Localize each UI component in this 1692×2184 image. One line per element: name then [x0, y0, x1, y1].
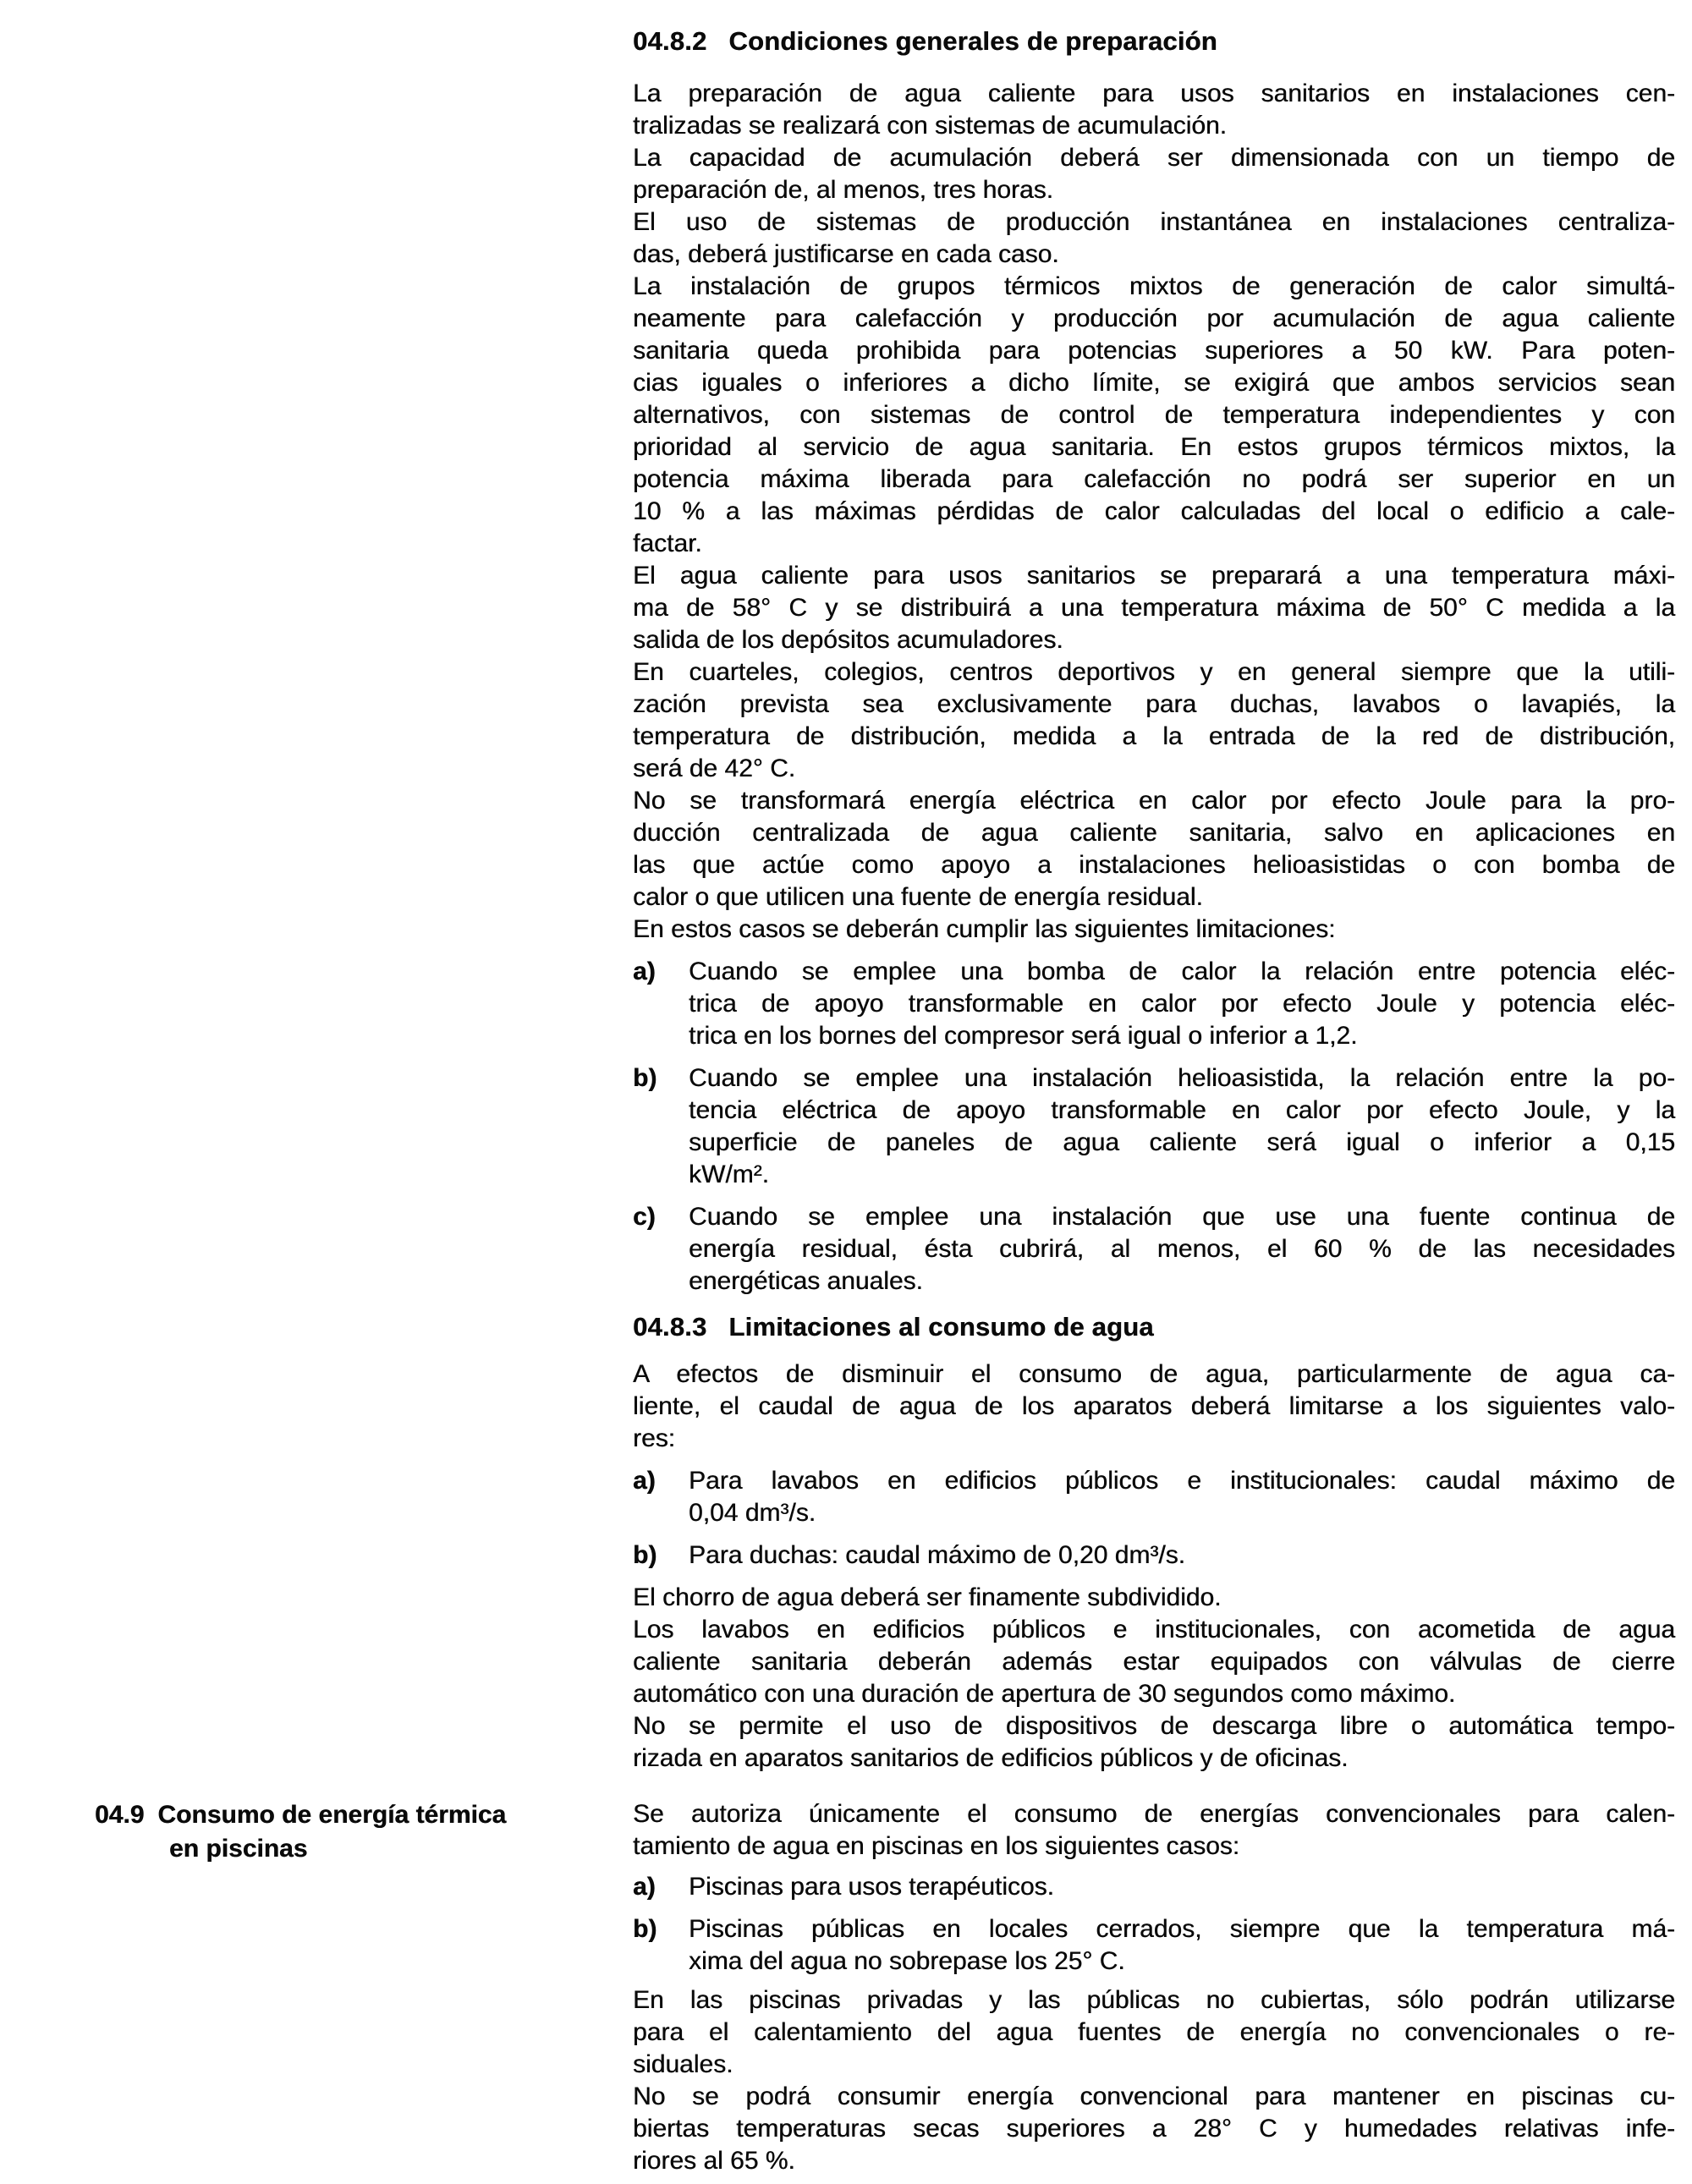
- text-line: será de 42° C.: [633, 753, 1675, 785]
- list-item-a: a) Piscinas para usos terapéuticos.: [633, 1871, 1675, 1903]
- list-item-text: Para duchas: caudal máximo de 0,20 dm³/s…: [689, 1539, 1675, 1572]
- text-line: En estos casos se deberán cumplir las si…: [633, 914, 1675, 946]
- text-line: No se transformará energía eléctrica en …: [633, 785, 1675, 817]
- list-item-b: b) Piscinas públicas en locales cerrados…: [633, 1913, 1675, 1978]
- paragraph: El uso de sistemas de producción instant…: [633, 206, 1675, 271]
- list-item-a: a) Para lavabos en edificios públicos e …: [633, 1465, 1675, 1529]
- text-line: Cuando se emplee una instalación helioas…: [689, 1062, 1675, 1095]
- text-line: automático con una duración de apertura …: [633, 1678, 1675, 1710]
- text-line: En cuarteles, colegios, centros deportiv…: [633, 656, 1675, 689]
- text-line: superficie de paneles de agua caliente s…: [689, 1127, 1675, 1159]
- text-line: potencia máxima liberada para calefacció…: [633, 464, 1675, 496]
- paragraph: En las piscinas privadas y las públicas …: [633, 1984, 1675, 2081]
- text-line: Piscinas para usos terapéuticos.: [689, 1871, 1675, 1903]
- section-title: Condiciones generales de preparación: [728, 26, 1217, 56]
- list-item-text: Para lavabos en edificios públicos e ins…: [689, 1465, 1675, 1529]
- section-heading-0482: 04.8.2Condiciones generales de preparaci…: [633, 25, 1675, 58]
- text-line: das, deberá justificarse en cada caso.: [633, 239, 1675, 271]
- section-title-line2: en piscinas: [169, 1832, 633, 1866]
- body-text-0483-intro: A efectos de disminuir el consumo de agu…: [633, 1358, 1675, 1455]
- list-item-b: b) Para duchas: caudal máximo de 0,20 dm…: [633, 1539, 1675, 1572]
- body-text-0483-rules: El chorro de agua deberá ser finamente s…: [633, 1582, 1675, 1775]
- list-marker: b): [633, 1539, 689, 1572]
- section-number: 04.9: [95, 1801, 144, 1829]
- text-line: No se podrá consumir energía convenciona…: [633, 2081, 1675, 2113]
- list-marker: a): [633, 1871, 689, 1903]
- paragraph: Se autoriza únicamente el consumo de ene…: [633, 1798, 1675, 1863]
- lettered-list-0482: a) Cuando se emplee una bomba de calor l…: [633, 956, 1675, 1298]
- section-049: 04.9Consumo de energía térmica en piscin…: [0, 1798, 1692, 2177]
- list-marker: a): [633, 956, 689, 1052]
- section-heading-0483: 04.8.3Limitaciones al consumo de agua: [633, 1311, 1675, 1343]
- list-marker: c): [633, 1201, 689, 1298]
- text-line: tralizadas se realizará con sistemas de …: [633, 110, 1675, 142]
- text-line: para el calentamiento del agua fuentes d…: [633, 2017, 1675, 2049]
- lettered-list-0483: a) Para lavabos en edificios públicos e …: [633, 1465, 1675, 1572]
- text-line: Los lavabos en edificios públicos e inst…: [633, 1614, 1675, 1646]
- paragraph: El agua caliente para usos sanitarios se…: [633, 560, 1675, 656]
- text-line: energía residual, ésta cubrirá, al menos…: [689, 1233, 1675, 1265]
- text-line: Para lavabos en edificios públicos e ins…: [689, 1465, 1675, 1497]
- text-line: factar.: [633, 528, 1675, 560]
- list-marker: b): [633, 1062, 689, 1191]
- section-title-line1: Consumo de energía térmica: [157, 1801, 506, 1829]
- text-line: tencia eléctrica de apoyo transformable …: [689, 1095, 1675, 1127]
- section-number: 04.8.2: [633, 26, 706, 56]
- paragraph: La capacidad de acumulación deberá ser d…: [633, 142, 1675, 206]
- text-line: ducción centralizada de agua caliente sa…: [633, 817, 1675, 849]
- text-line: sanitaria queda prohibida para potencias…: [633, 335, 1675, 367]
- body-text-049-intro: Se autoriza únicamente el consumo de ene…: [633, 1798, 1675, 1863]
- paragraph: En cuarteles, colegios, centros deportiv…: [633, 656, 1675, 785]
- list-item-a: a) Cuando se emplee una bomba de calor l…: [633, 956, 1675, 1052]
- text-line: La capacidad de acumulación deberá ser d…: [633, 142, 1675, 174]
- text-line: Cuando se emplee una instalación que use…: [689, 1201, 1675, 1233]
- list-item-text: Piscinas para usos terapéuticos.: [689, 1871, 1675, 1903]
- text-line: La preparación de agua caliente para uso…: [633, 78, 1675, 110]
- list-item-c: c) Cuando se emplee una instalación que …: [633, 1201, 1675, 1298]
- text-line: calor o que utilicen una fuente de energ…: [633, 881, 1675, 914]
- section-number: 04.8.3: [633, 1312, 706, 1342]
- text-line: kW/m².: [689, 1159, 1675, 1191]
- list-marker: b): [633, 1913, 689, 1978]
- text-line: rizada en aparatos sanitarios de edifici…: [633, 1742, 1675, 1775]
- text-line: temperatura de distribución, medida a la…: [633, 721, 1675, 753]
- text-line: Se autoriza únicamente el consumo de ene…: [633, 1798, 1675, 1830]
- paragraph: La preparación de agua caliente para uso…: [633, 78, 1675, 142]
- paragraph: Los lavabos en edificios públicos e inst…: [633, 1614, 1675, 1710]
- body-text-0482: La preparación de agua caliente para uso…: [633, 78, 1675, 946]
- paragraph: No se permite el uso de dispositivos de …: [633, 1710, 1675, 1775]
- text-line: zación prevista sea exclusivamente para …: [633, 689, 1675, 721]
- text-line: Para duchas: caudal máximo de 0,20 dm³/s…: [689, 1539, 1675, 1572]
- text-line: 10 % a las máximas pérdidas de calor cal…: [633, 496, 1675, 528]
- text-line: tamiento de agua en piscinas en los sigu…: [633, 1830, 1675, 1863]
- text-line: No se permite el uso de dispositivos de …: [633, 1710, 1675, 1742]
- text-line: biertas temperaturas secas superiores a …: [633, 2113, 1675, 2145]
- lettered-list-049: a) Piscinas para usos terapéuticos. b) P…: [633, 1871, 1675, 1978]
- margin-heading-column: 04.9Consumo de energía térmica en piscin…: [0, 1798, 633, 2177]
- text-line: A efectos de disminuir el consumo de agu…: [633, 1358, 1675, 1391]
- text-line: cias iguales o inferiores a dicho límite…: [633, 367, 1675, 399]
- text-line: alternativos, con sistemas de control de…: [633, 399, 1675, 431]
- text-line: Piscinas públicas en locales cerrados, s…: [689, 1913, 1675, 1945]
- text-line: En las piscinas privadas y las públicas …: [633, 1984, 1675, 2017]
- paragraph: La instalación de grupos térmicos mixtos…: [633, 271, 1675, 560]
- paragraph: El chorro de agua deberá ser finamente s…: [633, 1582, 1675, 1614]
- paragraph: No se podrá consumir energía convenciona…: [633, 2081, 1675, 2177]
- section-title: Limitaciones al consumo de agua: [728, 1312, 1153, 1342]
- list-item-b: b) Cuando se emplee una instalación heli…: [633, 1062, 1675, 1191]
- list-item-text: Cuando se emplee una instalación helioas…: [689, 1062, 1675, 1191]
- text-line: xima del agua no sobrepase los 25° C.: [689, 1945, 1675, 1978]
- text-line: preparación de, al menos, tres horas.: [633, 174, 1675, 206]
- text-line: trica en los bornes del compresor será i…: [689, 1020, 1675, 1052]
- text-line: 0,04 dm³/s.: [689, 1497, 1675, 1529]
- list-item-text: Cuando se emplee una instalación que use…: [689, 1201, 1675, 1298]
- text-line: El chorro de agua deberá ser finamente s…: [633, 1582, 1675, 1614]
- text-line: liente, el caudal de agua de los aparato…: [633, 1391, 1675, 1423]
- text-line: siduales.: [633, 2049, 1675, 2081]
- text-line: El agua caliente para usos sanitarios se…: [633, 560, 1675, 592]
- list-item-text: Cuando se emplee una bomba de calor la r…: [689, 956, 1675, 1052]
- paragraph: No se transformará energía eléctrica en …: [633, 785, 1675, 914]
- text-line: prioridad al servicio de agua sanitaria.…: [633, 431, 1675, 464]
- text-line: La instalación de grupos térmicos mixtos…: [633, 271, 1675, 303]
- text-line: Cuando se emplee una bomba de calor la r…: [689, 956, 1675, 988]
- document-page: 04.8.2Condiciones generales de preparaci…: [0, 0, 1692, 2184]
- section-049-body: Se autoriza únicamente el consumo de ene…: [633, 1798, 1675, 2177]
- body-text-049-rules: En las piscinas privadas y las públicas …: [633, 1984, 1675, 2177]
- text-line: res:: [633, 1423, 1675, 1455]
- main-text-column: 04.8.2Condiciones generales de preparaci…: [633, 0, 1675, 1775]
- text-line: las que actúe como apoyo a instalaciones…: [633, 849, 1675, 881]
- text-line: energéticas anuales.: [689, 1265, 1675, 1298]
- list-marker: a): [633, 1465, 689, 1529]
- text-line: riores al 65 %.: [633, 2145, 1675, 2177]
- section-heading-049: 04.9Consumo de energía térmica en piscin…: [95, 1798, 633, 1866]
- text-line: ma de 58° C y se distribuirá a una tempe…: [633, 592, 1675, 624]
- text-line: El uso de sistemas de producción instant…: [633, 206, 1675, 239]
- text-line: trica de apoyo transformable en calor po…: [689, 988, 1675, 1020]
- paragraph: A efectos de disminuir el consumo de agu…: [633, 1358, 1675, 1455]
- heading-line-1: 04.9Consumo de energía térmica: [95, 1798, 633, 1832]
- text-line: neamente para calefacción y producción p…: [633, 303, 1675, 335]
- paragraph: En estos casos se deberán cumplir las si…: [633, 914, 1675, 946]
- text-line: salida de los depósitos acumuladores.: [633, 624, 1675, 656]
- list-item-text: Piscinas públicas en locales cerrados, s…: [689, 1913, 1675, 1978]
- text-line: caliente sanitaria deberán además estar …: [633, 1646, 1675, 1678]
